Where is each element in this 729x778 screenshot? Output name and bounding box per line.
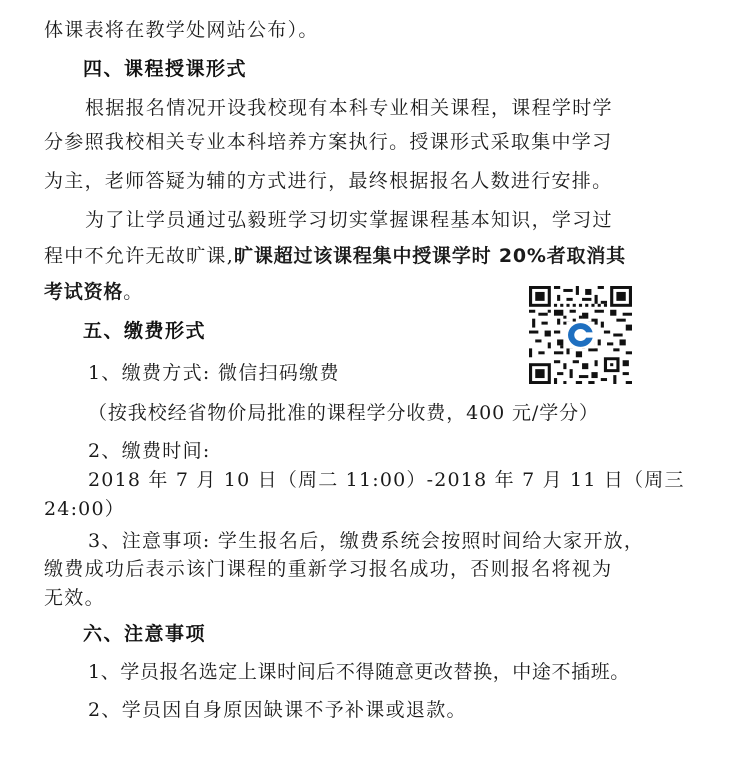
paragraph-line: 1、学员报名选定上课时间后不得随意更改替换，中途不插班。: [88, 661, 630, 683]
payment-method-value: 微信扫码缴费: [218, 362, 340, 384]
paragraph-line: 分参照我校相关专业本科培养方案执行。授课形式采取集中学习: [44, 131, 612, 153]
paragraph-line: 缴费成功后表示该门课程的重新学习报名成功，否则报名将视为: [44, 558, 612, 580]
paragraph-line: 为了让学员通过弘毅班学习切实掌握课程基本知识，学习过: [85, 209, 613, 231]
paragraph-line: 根据报名情况开设我校现有本科专业相关课程，课程学时学: [85, 97, 613, 119]
paragraph-continuation: 体课表将在教学处网站公布）。: [44, 19, 319, 41]
payment-method-label: 1、缴费方式:: [88, 362, 218, 384]
paragraph-line: 为主，老师答疑为辅的方式进行，最终根据报名人数进行安排。: [44, 170, 612, 192]
section-heading-5: 五、缴费形式: [83, 320, 206, 342]
paragraph-line: 1、缴费方式: 微信扫码缴费: [88, 362, 340, 384]
paragraph-line: 3、注意事项: 学生报名后，缴费系统会按照时间给大家开放，: [88, 530, 644, 552]
payment-qr-code[interactable]: [529, 286, 632, 384]
fee-note: （按我校经省物价局批准的课程学分收费，400 元/学分）: [88, 402, 599, 424]
payment-time: 24:00）: [44, 498, 125, 520]
payment-time: 2018 年 7 月 10 日（周二 11:00）-2018 年 7 月 11 …: [88, 469, 685, 491]
section-heading-4: 四、课程授课形式: [83, 58, 247, 80]
paragraph-line: 2、学员因自身原因缺课不予补课或退款。: [88, 699, 467, 721]
qr-code-icon: [529, 286, 632, 384]
paragraph-line: 程中不允许无故旷课,旷课超过该课程集中授课学时 20%者取消其: [44, 245, 626, 267]
section-heading-6: 六、注意事项: [83, 623, 206, 645]
text-bold-emphasis: 考试资格: [44, 281, 123, 303]
text-normal: 程中不允许无故旷课,: [44, 245, 234, 267]
paragraph-line: 无效。: [44, 587, 105, 609]
text-bold-emphasis: 旷课超过该课程集中授课学时 20%者取消其: [234, 245, 626, 267]
paragraph-line: 考试资格。: [44, 281, 144, 303]
paragraph-line: 2、缴费时间:: [88, 440, 211, 462]
text-normal: 。: [123, 281, 143, 303]
